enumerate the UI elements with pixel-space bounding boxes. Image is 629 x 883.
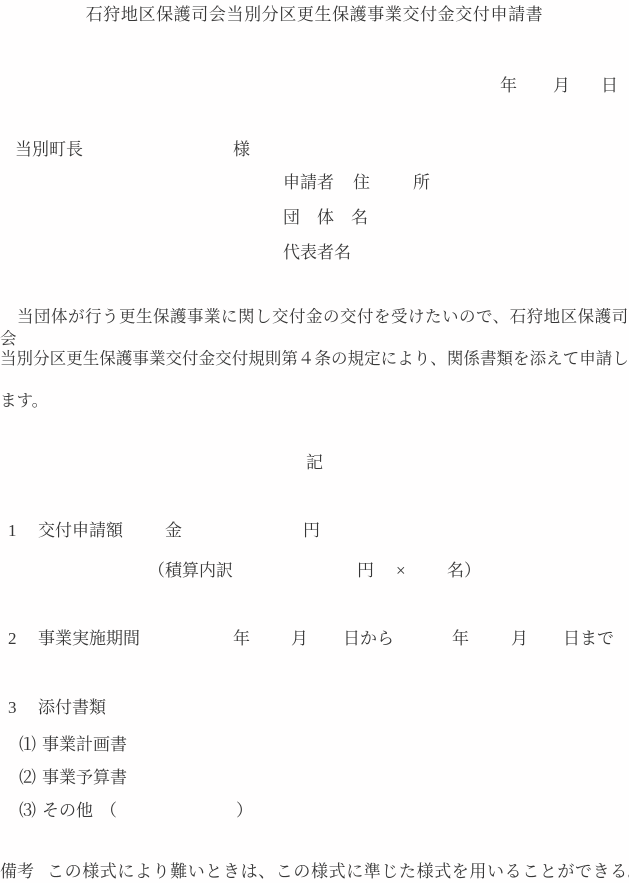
addressee-honorific: 様 (233, 139, 250, 161)
form-title: 石狩地区保護司会当別分区更生保護事業交付金交付申請書 (0, 4, 629, 26)
item2-year-to-label: 年 (452, 628, 469, 650)
remarks-label: 備考 (0, 861, 34, 883)
record-heading: 記 (0, 452, 629, 474)
item1-amount-prefix: 金 (165, 520, 182, 542)
item1-label: 交付申請額 (38, 520, 123, 542)
item2-year-from-label: 年 (233, 628, 250, 650)
date-year-label: 年 (500, 75, 517, 97)
attachment-3-paren-close: ） (236, 800, 253, 822)
attachment-1-label: 事業計画書 (42, 734, 127, 756)
applicant-org-label: 団 体 名 (283, 207, 368, 229)
application-form-page: 石狩地区保護司会当別分区更生保護事業交付金交付申請書 年 月 日 当別町長 様 … (0, 0, 629, 883)
attachment-2-marker: ⑵ (19, 767, 36, 789)
applicant-rep-label: 代表者名 (283, 242, 351, 264)
item2-label: 事業実施期間 (38, 628, 140, 650)
item2-number: 2 (8, 628, 17, 650)
body-paragraph-line-1: 当団体が行う更生保護事業に関し交付金の交付を受けたいので、石狩地区保護司会 (0, 306, 629, 350)
attachment-3-marker: ⑶ (19, 800, 36, 822)
body-paragraph-line-3: ます。 (0, 390, 629, 412)
applicant-address-label-2: 所 (413, 172, 430, 194)
item1-amount-suffix: 円 (303, 520, 320, 542)
attachment-3-label: その他 (42, 800, 93, 822)
applicant-address-label-1: 住 (353, 172, 370, 194)
item3-number: 3 (8, 697, 17, 719)
date-day-label: 日 (601, 75, 618, 97)
body-paragraph-line-2: 当別分区更生保護事業交付金交付規則第４条の規定により、関係書類を添えて申請し (0, 348, 629, 370)
item1-number: 1 (8, 520, 17, 542)
item1-breakdown-yen: 円 (357, 560, 374, 582)
item1-multiply-sign: × (396, 560, 406, 582)
item1-breakdown-suffix: 名） (447, 560, 481, 582)
attachment-1-marker: ⑴ (19, 734, 36, 756)
item1-breakdown-prefix: （積算内訳 (148, 560, 233, 582)
applicant-label: 申請者 (283, 172, 334, 194)
addressee-name: 当別町長 (15, 139, 83, 161)
date-month-label: 月 (553, 75, 570, 97)
item2-day-to-label: 日まで (563, 628, 614, 650)
attachment-2-label: 事業予算書 (42, 767, 127, 789)
attachment-3-paren-open: （ (100, 800, 117, 822)
remarks-text: この様式により難いときは、この様式に準じた様式を用いることができる。 (47, 861, 629, 883)
item2-day-from-label: 日から (343, 628, 394, 650)
item2-month-from-label: 月 (291, 628, 308, 650)
item3-label: 添付書類 (38, 697, 106, 719)
item2-month-to-label: 月 (511, 628, 528, 650)
